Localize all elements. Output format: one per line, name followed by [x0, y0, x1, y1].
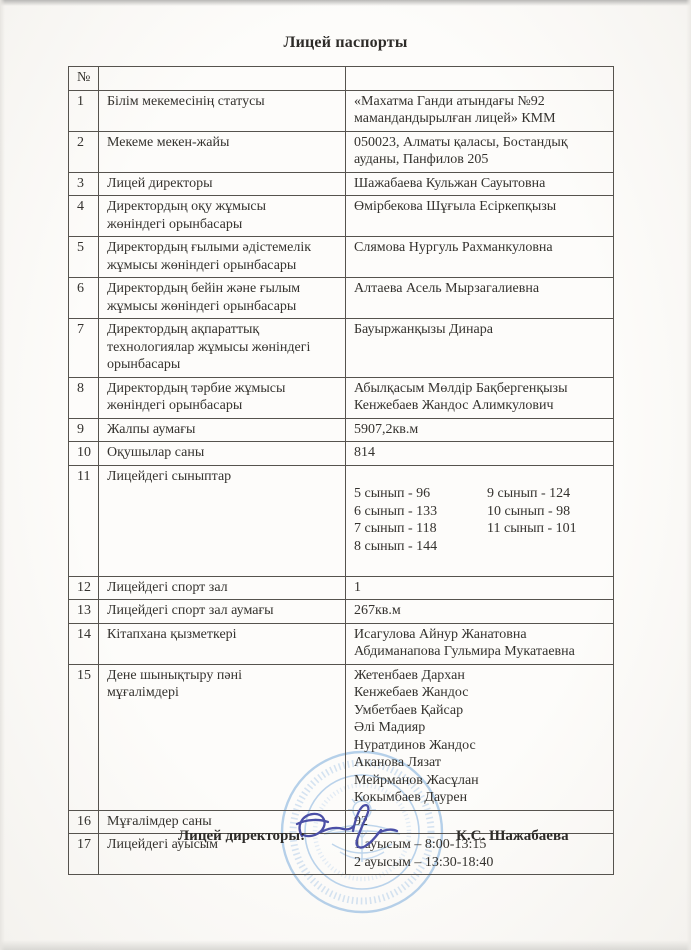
table-row: 6 Директордың бейін және ғылым жұмысы жө…: [69, 278, 614, 319]
number-header-cell: №: [69, 67, 99, 91]
table-row: 5 Директордың ғылыми әдістемелік жұмысы …: [69, 237, 614, 278]
table-row: 1 Білім мекемесінің статусы «Махатма Ган…: [69, 90, 614, 131]
row-label: Лицейдегі спорт зал аумағы: [99, 600, 346, 624]
row-number: 6: [69, 278, 99, 319]
row-number: 3: [69, 172, 99, 196]
table-row: 10 Оқушылар саны 814: [69, 442, 614, 466]
row-label: Лицей директоры: [99, 172, 346, 196]
signature-graphic: [292, 799, 404, 859]
table-row: 9 Жалпы аумағы 5907,2кв.м: [69, 418, 614, 442]
table-row: 8 Директордың тәрбие жұмысы жөніндегі ор…: [69, 377, 614, 418]
row-value: Жетенбаев Дархан Кенжебаев Жандос Умбетб…: [346, 664, 614, 810]
scan-edge-bottom: [0, 940, 691, 950]
table-row: 15 Дене шынықтыру пәні мұғалімдері Жетен…: [69, 664, 614, 810]
table-row: 11 Лицейдегі сыныптар 5 сынып - 96 6 сын…: [69, 465, 614, 576]
row-label: Лицейдегі спорт зал: [99, 576, 346, 600]
table-row: 7 Директордың ақпараттық технологиялар ж…: [69, 319, 614, 378]
passport-table: № 1 Білім мекемесінің статусы «Махатма Г…: [68, 66, 614, 875]
row-value: Шажабаева Кульжан Сауытовна: [346, 172, 614, 196]
row-label: Кітапхана қызметкері: [99, 623, 346, 664]
row-number: 11: [69, 465, 99, 576]
row-number: 7: [69, 319, 99, 378]
signature-label: Лицей директоры:: [178, 828, 305, 845]
row-number: 8: [69, 377, 99, 418]
row-value: 814: [346, 442, 614, 466]
class-counts-right: 9 сынып - 124 10 сынып - 98 11 сынып - 1…: [487, 485, 609, 555]
row-label: Оқушылар саны: [99, 442, 346, 466]
row-value: 1: [346, 576, 614, 600]
table-row: 4 Директордың оқу жұмысы жөніндегі орынб…: [69, 196, 614, 237]
row-number: 2: [69, 131, 99, 172]
row-number: 1: [69, 90, 99, 131]
row-value: Исагулова Айнур Жанатовна Абдиманапова Г…: [346, 623, 614, 664]
row-number: 14: [69, 623, 99, 664]
row-number: 12: [69, 576, 99, 600]
row-label: Лицейдегі сыныптар: [99, 465, 346, 576]
row-number: 15: [69, 664, 99, 810]
row-number: 5: [69, 237, 99, 278]
row-value: Алтаева Асель Мырзагалиевна: [346, 278, 614, 319]
table-row: 3 Лицей директоры Шажабаева Кульжан Сауы…: [69, 172, 614, 196]
row-number: 4: [69, 196, 99, 237]
row-value: Слямова Нургуль Рахманкуловна: [346, 237, 614, 278]
director-name: К.С. Шажабаева: [456, 828, 569, 845]
row-value: 267кв.м: [346, 600, 614, 624]
scan-edge-right: [686, 0, 691, 950]
row-number: 17: [69, 834, 99, 875]
row-number: 13: [69, 600, 99, 624]
row-value: 5 сынып - 96 6 сынып - 133 7 сынып - 118…: [346, 465, 614, 576]
row-label: Жалпы аумағы: [99, 418, 346, 442]
scan-edge-top: [0, 0, 691, 6]
row-label: Директордың ғылыми әдістемелік жұмысы жө…: [99, 237, 346, 278]
row-value: Бауыржанқызы Динара: [346, 319, 614, 378]
label-header-cell: [99, 67, 346, 91]
row-label: Директордың ақпараттық технологиялар жұм…: [99, 319, 346, 378]
row-value: Өмірбекова Шұғыла Есіркепқызы: [346, 196, 614, 237]
value-header-cell: [346, 67, 614, 91]
table-row: 13 Лицейдегі спорт зал аумағы 267кв.м: [69, 600, 614, 624]
row-value: 5907,2кв.м: [346, 418, 614, 442]
director-signature: [292, 799, 404, 859]
class-counts-left: 5 сынып - 96 6 сынып - 133 7 сынып - 118…: [354, 485, 487, 555]
table-row: 14 Кітапхана қызметкері Исагулова Айнур …: [69, 623, 614, 664]
row-number: 16: [69, 810, 99, 834]
table-header-row: №: [69, 67, 614, 91]
row-label: Білім мекемесінің статусы: [99, 90, 346, 131]
scan-edge-left: [0, 0, 5, 950]
row-value: Абылқасым Мөлдір Бақбергенқызы Кенжебаев…: [346, 377, 614, 418]
row-label: Директордың тәрбие жұмысы жөніндегі орын…: [99, 377, 346, 418]
row-label: Директордың оқу жұмысы жөніндегі орынбас…: [99, 196, 346, 237]
row-value: 050023, Алматы қаласы, Бостандық ауданы,…: [346, 131, 614, 172]
table-row: 12 Лицейдегі спорт зал 1: [69, 576, 614, 600]
row-number: 9: [69, 418, 99, 442]
row-value: «Махатма Ганди атындағы №92 мамандандыры…: [346, 90, 614, 131]
row-number: 10: [69, 442, 99, 466]
class-counts: 5 сынып - 96 6 сынып - 133 7 сынып - 118…: [354, 485, 609, 555]
table-row: 2 Мекеме мекен-жайы 050023, Алматы қалас…: [69, 131, 614, 172]
document-title: Лицей паспорты: [0, 0, 691, 52]
row-label: Мекеме мекен-жайы: [99, 131, 346, 172]
row-label: Дене шынықтыру пәні мұғалімдері: [99, 664, 346, 810]
row-label: Директордың бейін және ғылым жұмысы жөні…: [99, 278, 346, 319]
